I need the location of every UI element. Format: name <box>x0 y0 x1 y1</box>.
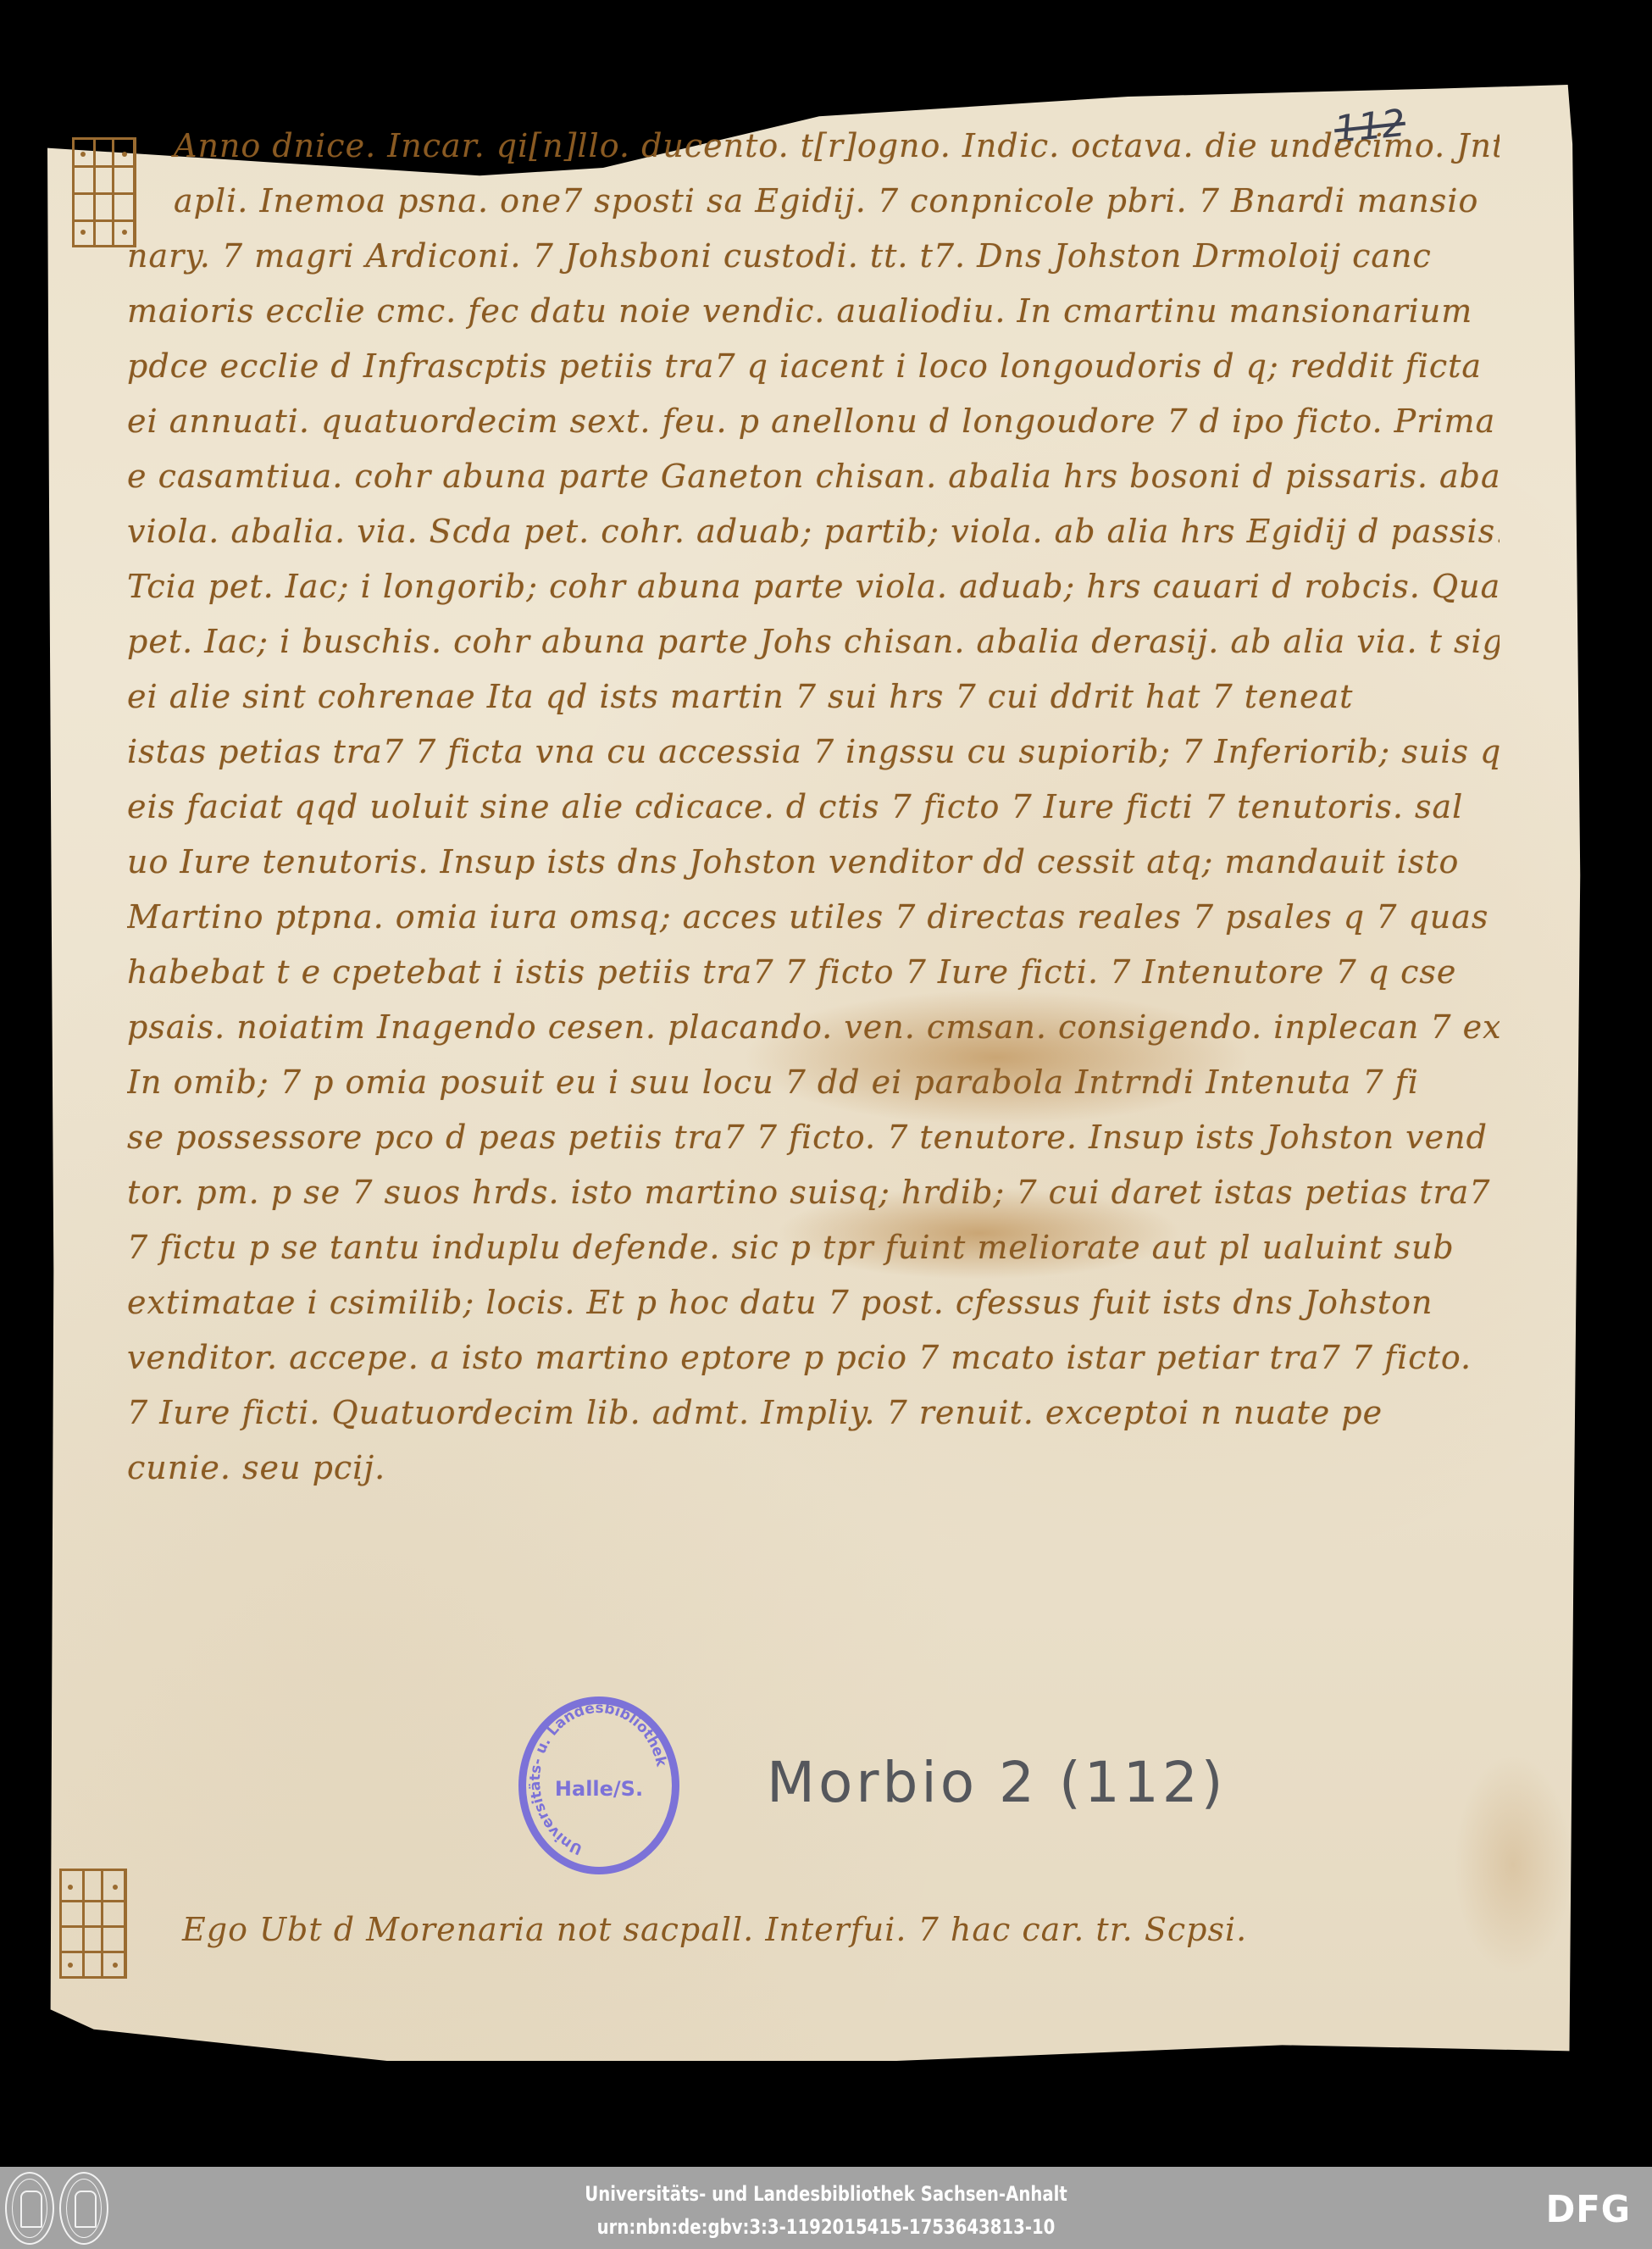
text-line: tor. pm. p se 7 suos hrds. isto martino … <box>127 1165 1500 1220</box>
text-line: psais. noiatim Inagendo cesen. placando.… <box>127 1000 1500 1055</box>
text-line: venditor. accepe. a isto martino eptore … <box>127 1330 1500 1385</box>
text-line: istas petias tra7 7 ficta vna cu accessi… <box>127 725 1500 780</box>
ink-stain <box>1454 1754 1572 1974</box>
document-scan-viewport: 112 Anno dnice. Incar. qi[n]llo. ducento… <box>0 0 1652 2167</box>
text-line: nary. 7 magri Ardiconi. 7 Johsboni custo… <box>127 229 1500 284</box>
text-line: 7 Iure ficti. Quatuordecim lib. admt. Im… <box>127 1385 1500 1441</box>
text-line: 7 fictu p se tantu induplu defende. sic … <box>127 1220 1500 1275</box>
text-line: habebat t e cpetebat i istis petiis tra7… <box>127 945 1500 1000</box>
text-line: eis faciat qqd uoluit sine alie cdicace.… <box>127 780 1500 835</box>
text-line: extimatae i csimilib; locis. Et p hoc da… <box>127 1275 1500 1330</box>
text-line: uo Iure tenutoris. Insup ists dns Johsto… <box>127 835 1500 890</box>
text-line: e casamtiua. cohr abuna parte Ganeton ch… <box>127 449 1500 504</box>
notary-subscription: Ego Ubt d Morenaria not sacpall. Interfu… <box>182 1911 1453 1948</box>
text-line: Martino ptpna. omia iura omsq; acces uti… <box>127 890 1500 945</box>
wittenberg-seal-icon <box>59 2172 108 2245</box>
text-line: pdce ecclie d Infrascptis petiis tra7 q … <box>127 339 1500 394</box>
library-name: Universitäts- und Landesbibliothek Sachs… <box>149 2182 1504 2206</box>
charter-text: Anno dnice. Incar. qi[n]llo. ducento. t[… <box>127 119 1500 1496</box>
text-line: apli. Inemoa psna. one7 sposti sa Egidij… <box>127 174 1500 229</box>
stamp-center-text: Halle/S. <box>526 1777 672 1801</box>
text-line: Anno dnice. Incar. qi[n]llo. ducento. t[… <box>127 119 1500 174</box>
urn-identifier: urn:nbn:de:gbv:3:3-1192015415-1753643813… <box>149 2215 1504 2239</box>
text-line: cunie. seu pcij. <box>127 1441 1500 1496</box>
pencil-shelfmark-note: Morbio 2 (112) <box>767 1750 1227 1815</box>
text-line: pet. Iac; i buschis. cohr abuna parte Jo… <box>127 614 1500 669</box>
university-seal-icon <box>5 2172 54 2245</box>
notary-signum-bottom-icon <box>59 1869 127 1979</box>
dfg-logo: DFG <box>1546 2188 1631 2231</box>
text-line: Tcia pet. Iac; i longorib; cohr abuna pa… <box>127 559 1500 614</box>
footer-bar: Universitäts- und Landesbibliothek Sachs… <box>0 2167 1652 2249</box>
text-line: ei annuati. quatuordecim sext. feu. p an… <box>127 394 1500 449</box>
library-stamp: Universitäts- u. Landesbibliothek Halle/… <box>518 1696 679 1874</box>
text-line: se possessore pco d peas petiis tra7 7 f… <box>127 1110 1500 1165</box>
text-line: maioris ecclie cmc. fec datu noie vendic… <box>127 284 1500 339</box>
text-line: ei alie sint cohrenae Ita qd ists martin… <box>127 669 1500 725</box>
text-line: viola. abalia. via. Scda pet. cohr. adua… <box>127 504 1500 559</box>
text-line: In omib; 7 p omia posuit eu i suu locu 7… <box>127 1055 1500 1110</box>
